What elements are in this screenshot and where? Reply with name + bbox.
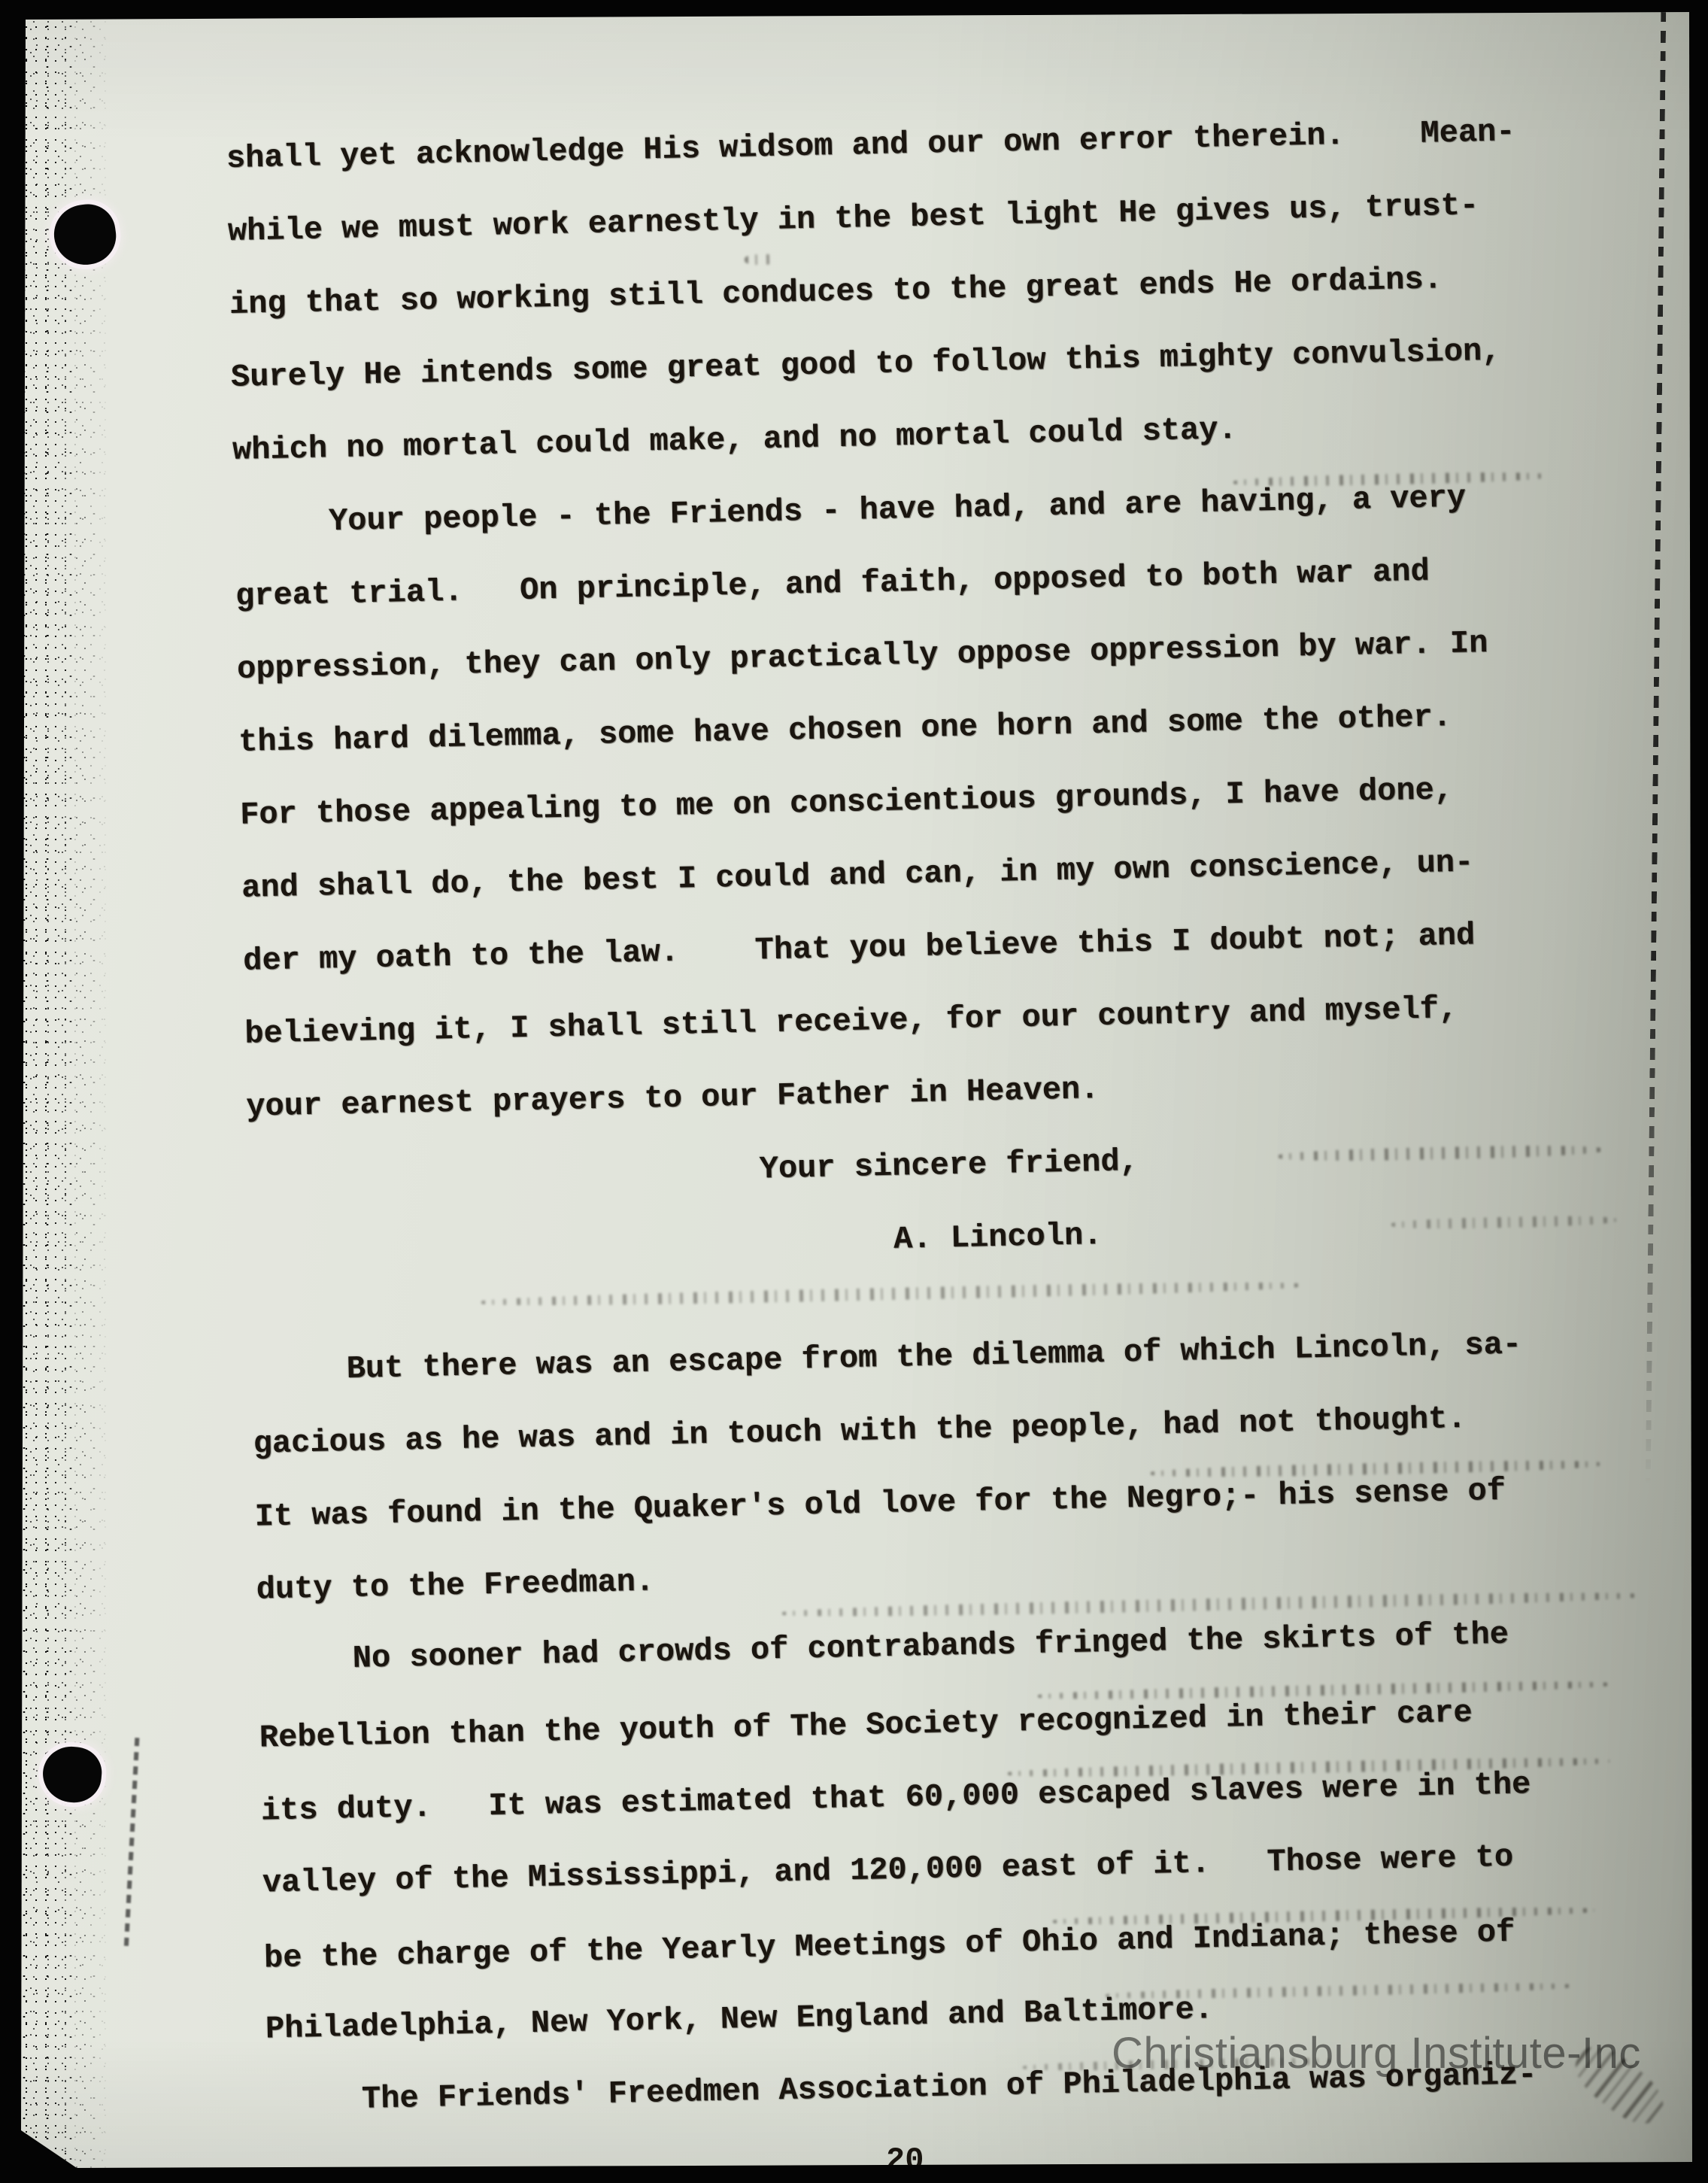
- typed-line: der my oath to the law. That you believe…: [243, 919, 1476, 976]
- typed-line: Philadelphia, New York, New England and …: [265, 1993, 1214, 2045]
- typed-line: your earnest prayers to our Father in He…: [246, 1073, 1100, 1123]
- document-page: Christiansburg Institute-Inc shall yet a…: [21, 12, 1692, 2168]
- typed-line: oppression, they can only practically op…: [237, 627, 1488, 685]
- typed-line: It was found in the Quaker's old love fo…: [254, 1475, 1506, 1533]
- typed-line: great trial. On principle, and faith, op…: [235, 556, 1430, 612]
- scan-background: Christiansburg Institute-Inc shall yet a…: [0, 0, 1708, 2183]
- typed-line: The Friends' Freedmen Association of Phi…: [267, 2059, 1537, 2117]
- typed-line: ing that so working still conduces to th…: [229, 263, 1443, 320]
- typed-line: For those appealing to me on conscientio…: [240, 774, 1454, 831]
- typed-line: be the charge of the Yearly Meetings of …: [264, 1917, 1515, 1975]
- typed-line: gacious as he was and in touch with the …: [253, 1403, 1467, 1460]
- typed-line: But there was an escape from the dilemma…: [251, 1328, 1521, 1386]
- page-number: 20: [886, 2142, 924, 2178]
- typed-line: Rebellion than the youth of The Society …: [259, 1697, 1473, 1754]
- signature-closing-line: Your sincere friend,: [247, 1146, 1139, 1196]
- typed-line: believing it, I shall still receive, for…: [244, 993, 1458, 1050]
- typed-line: while we must work earnestly in the best…: [228, 190, 1479, 247]
- typed-line: valley of the Mississippi, and 120,000 e…: [262, 1841, 1514, 1899]
- crease-mark: [124, 1738, 140, 1950]
- typed-line: shall yet acknowledge His widsom and our…: [226, 116, 1515, 175]
- typed-line: Surely He intends some great good to fol…: [231, 335, 1501, 393]
- typed-text-block: shall yet acknowledge His widsom and our…: [226, 93, 1708, 2154]
- left-edge-scan-noise-dense: [21, 12, 80, 2168]
- typed-line: duty to the Freedman.: [256, 1565, 654, 1605]
- typed-line: its duty. It was estimated that 60,000 e…: [261, 1769, 1531, 1826]
- typed-line: this hard dilemma, some have chosen one …: [238, 701, 1452, 758]
- typed-line: Your people - the Friends - have had, an…: [234, 482, 1467, 539]
- typed-line: and shall do, the best I could and can, …: [241, 846, 1474, 903]
- typed-line: No sooner had crowds of contrabands frin…: [257, 1619, 1509, 1677]
- typed-line: which no mortal could make, and no morta…: [232, 414, 1237, 466]
- signature-name-line: A. Lincoln.: [249, 1219, 1103, 1269]
